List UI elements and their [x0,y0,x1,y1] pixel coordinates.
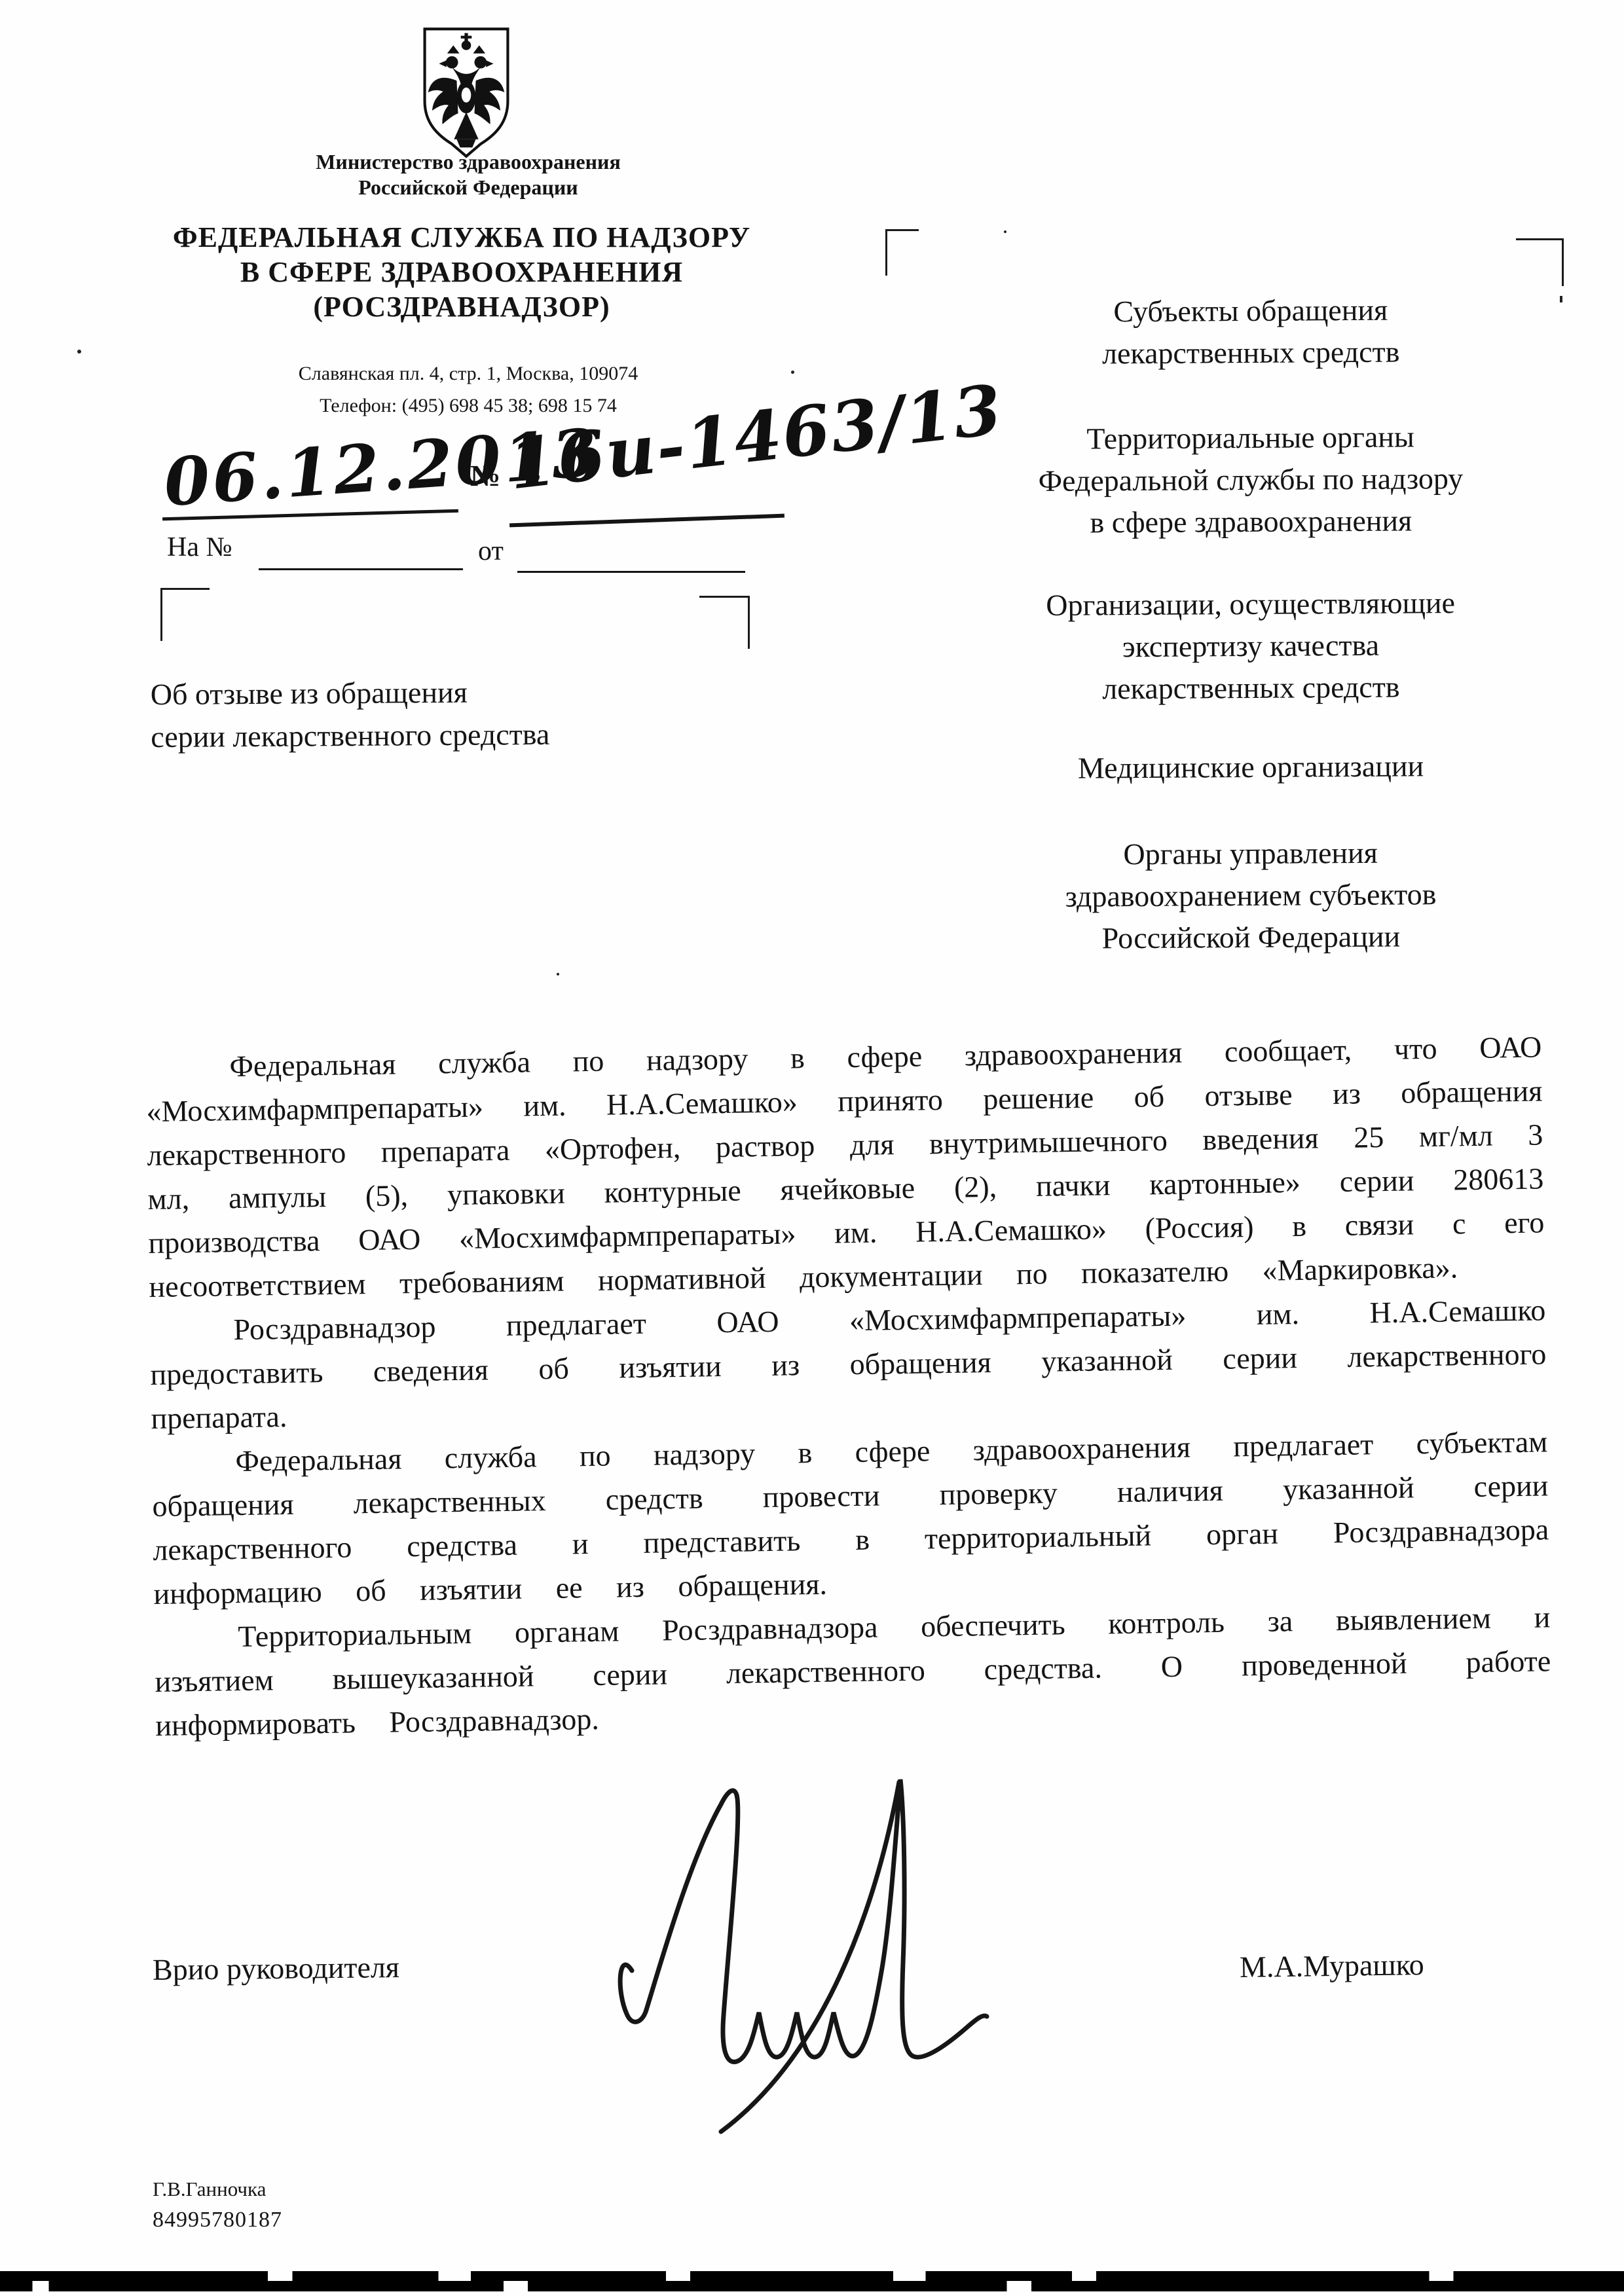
recipient-line: в сфере здравоохранения [936,499,1565,545]
reply-to-label: На № [167,532,232,563]
scan-speck [1004,230,1006,233]
recipient-line: здравоохранением субъектов [936,873,1565,919]
recipient-line: Федеральной службы по надзору [936,457,1565,503]
recipient-group: Организации, осуществляющие экспертизу к… [936,581,1565,711]
corner-mark-recipient-right [1516,238,1564,286]
reply-to-underline [259,568,463,570]
recipient-line: Российской Федерации [936,915,1565,960]
body-paragraph: Федеральная служба по надзору в сфере зд… [145,1025,1545,1309]
recipient-group: Субъекты обращения лекарственных средств [936,288,1566,376]
signer-name: М.А.Мурашко [1240,1947,1424,1984]
executor-phone: 84995780187 [153,2208,282,2232]
subject-block: Об отзыве из обращения серии лекарственн… [151,669,741,758]
ministry-line: Российской Федерации [157,175,779,200]
scan-artifact-band [0,2281,1624,2291]
body-paragraph: Росздравнадзор предлагает ОАО «Мосхимфар… [149,1288,1547,1440]
recipient-line: Территориальные органы [936,415,1564,461]
scan-speck [1560,296,1562,302]
recipient-group: Медицинские организации [936,744,1565,790]
corner-mark-recipient-left [885,229,919,276]
recipient-line: Субъекты обращения [936,288,1565,334]
recipient-line: лекарственных средств [936,665,1565,711]
ministry-line: Министерство здравоохранения [157,149,779,175]
scan-artifact-band [0,2271,1624,2281]
service-line: ФЕДЕРАЛЬНАЯ СЛУЖБА ПО НАДЗОРУ [151,220,773,255]
body-paragraph: Федеральная служба по надзору в сфере зд… [151,1419,1550,1616]
letter-body: Федеральная служба по надзору в сфере зд… [145,1025,1552,1747]
corner-mark-subject-right [699,596,750,649]
subject-line: серии лекарственного средства [151,712,740,758]
body-paragraph: Территориальным органам Росздравнадзора … [154,1595,1552,1747]
address-line: Славянская пл. 4, стр. 1, Москва, 109074 [157,357,779,390]
executor-name: Г.В.Ганночка [153,2178,266,2201]
service-line: В СФЕРЕ ЗДРАВООХРАНЕНИЯ [151,255,773,289]
recipient-line: экспертизу качества [936,623,1565,669]
recipient-line: лекарственных средств [936,330,1565,376]
signature-stroke-icon [593,1753,1025,2149]
russia-coat-of-arms-icon [415,25,518,161]
ministry-name: Министерство здравоохранения Российской … [157,149,779,200]
recipient-group: Органы управления здравоохранением субъе… [936,831,1565,960]
corner-mark-subject-left [160,588,210,641]
scanned-letter-page: Министерство здравоохранения Российской … [0,0,1624,2296]
recipient-line: Организации, осуществляющие [936,581,1564,627]
scan-speck [77,350,81,354]
signer-position: Врио руководителя [153,1950,399,1987]
recipient-line: Медицинские организации [936,744,1565,790]
from-label: от [478,536,504,567]
number-sign: № [470,458,500,493]
service-line: (РОСЗДРАВНАДЗОР) [151,289,773,324]
scan-speck [791,371,794,374]
scan-speck [557,973,559,975]
subject-line: Об отзыве из обращения [151,669,740,716]
service-name: ФЕДЕРАЛЬНАЯ СЛУЖБА ПО НАДЗОРУ В СФЕРЕ ЗД… [151,220,773,324]
recipient-line: Органы управления [936,831,1564,877]
number-underline [509,514,784,528]
recipient-group: Территориальные органы Федеральной служб… [936,415,1565,545]
from-underline [517,571,745,573]
